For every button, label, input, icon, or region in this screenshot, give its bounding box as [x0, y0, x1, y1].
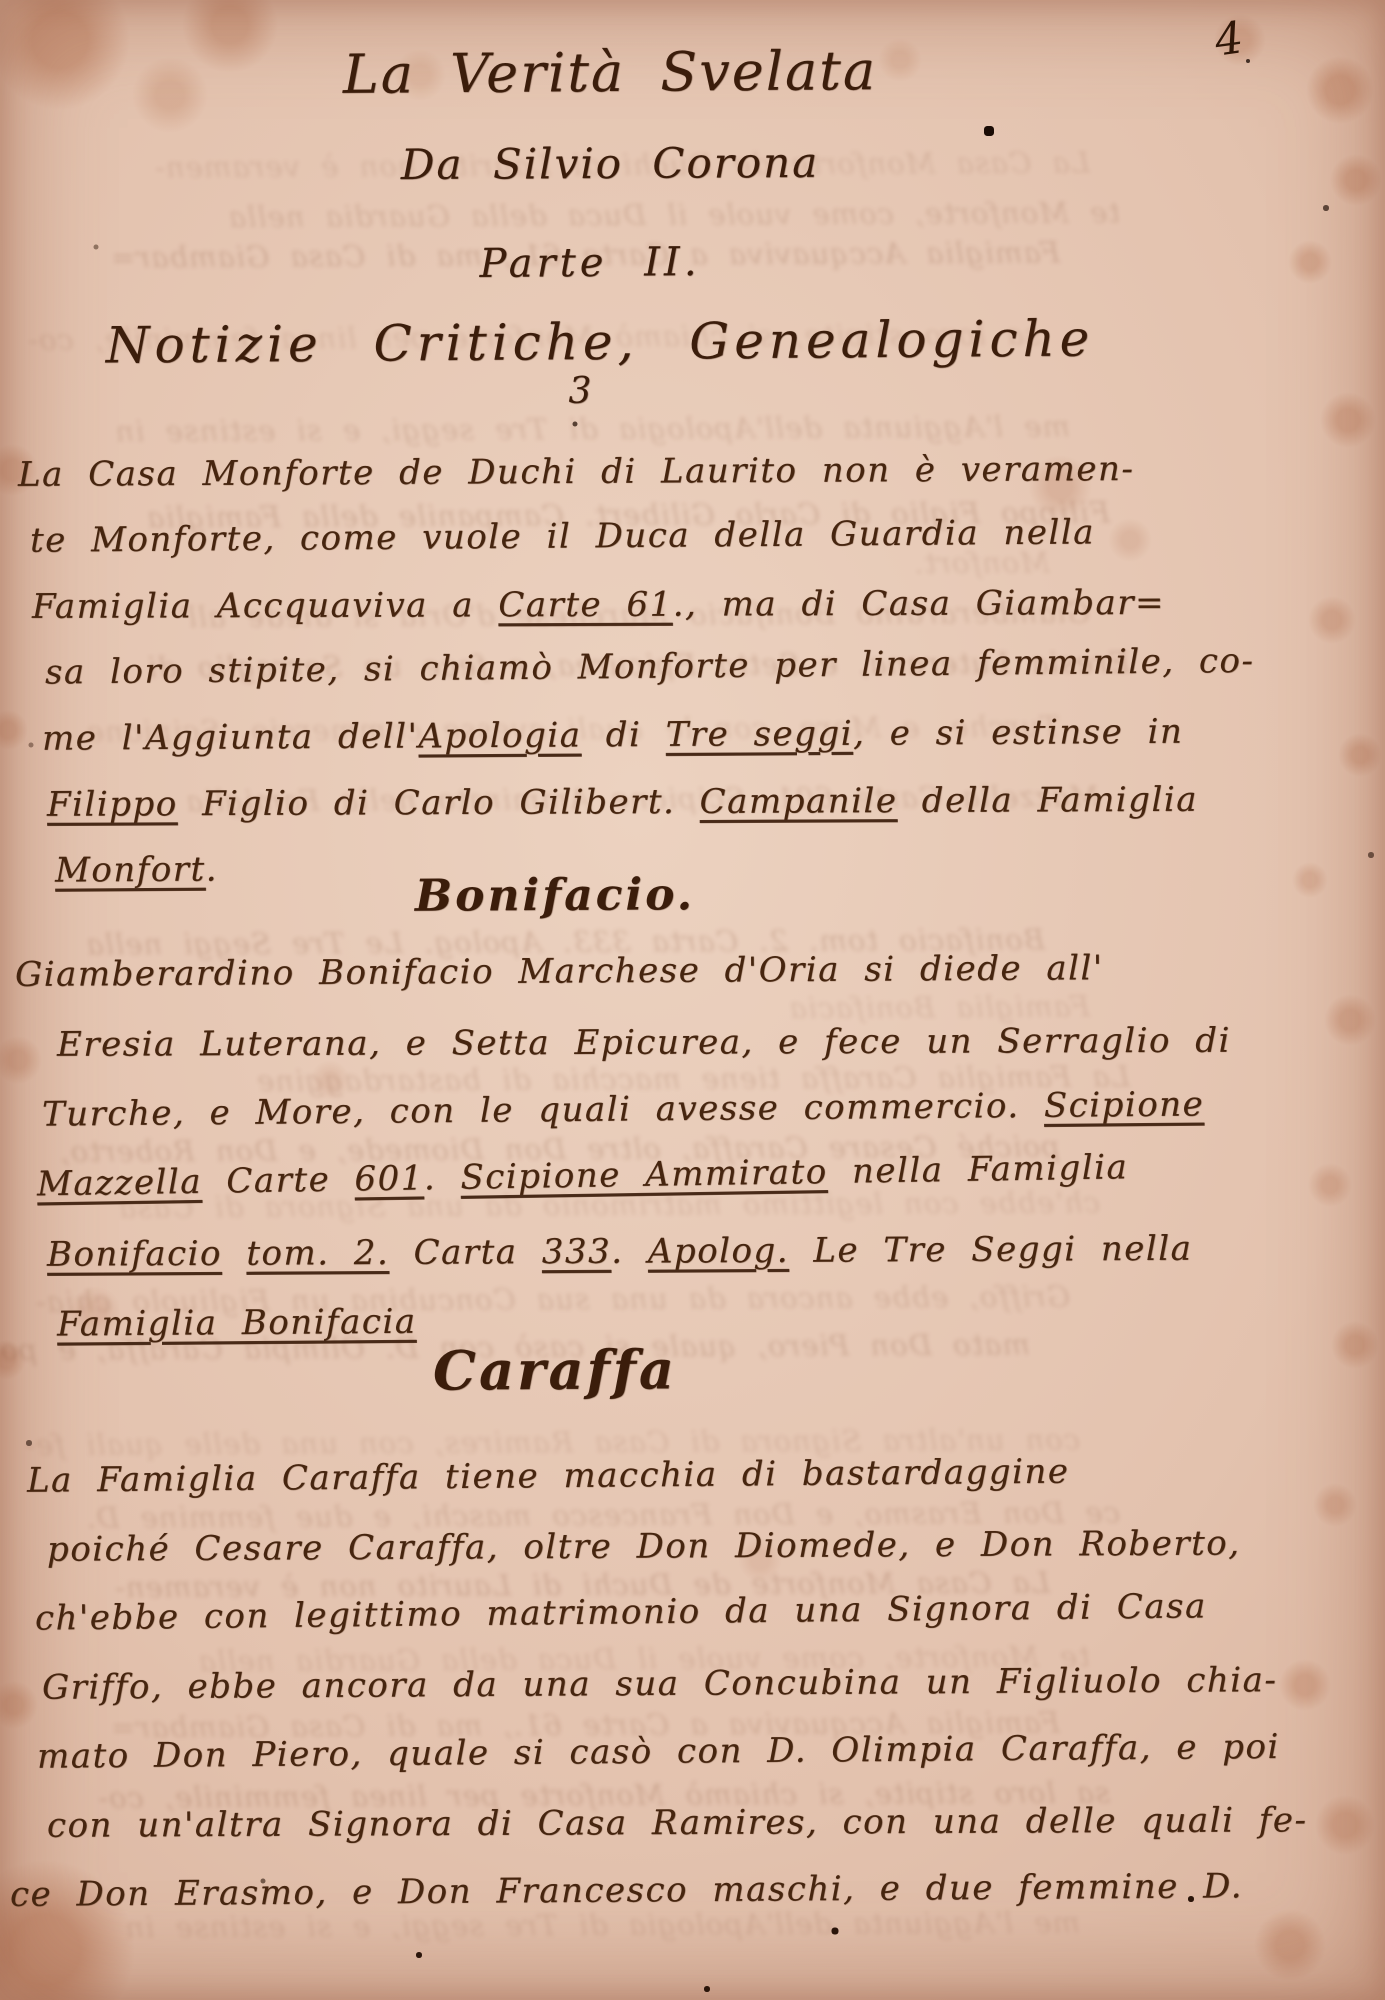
- text-segment: .: [611, 1232, 648, 1272]
- text-segment: ch'ebbe con legittimo matrimonio da una …: [35, 1586, 1207, 1638]
- text-line: ch'ebbe con legittimo matrimonio da una …: [0, 1573, 1140, 1654]
- text-segment: te Monforte, come vuole il Duca della Gu…: [30, 512, 1095, 560]
- text-line: Eresia Luterana, e Setta Epicurea, e fec…: [0, 1006, 1140, 1080]
- underlined-term: Famiglia Bonifacia: [57, 1302, 417, 1345]
- underlined-term: Scipione Ammirato: [460, 1152, 828, 1198]
- underlined-term: Mazzella: [37, 1162, 203, 1205]
- text-segment: Le Tre Seggi nella: [789, 1229, 1193, 1271]
- underlined-term: Filippo: [47, 784, 178, 825]
- text-segment: nella Famiglia: [827, 1147, 1128, 1192]
- section-caraffa: La Famiglia Caraffa tiene macchia di bas…: [0, 1447, 1140, 1930]
- section-bonifacio: Giamberardino Bonifacio Marchese d'Oria …: [0, 940, 1140, 1360]
- underlined-term: tom. 2.: [246, 1233, 389, 1274]
- text-segment: [222, 1234, 247, 1274]
- text-segment: .: [424, 1158, 461, 1199]
- text-line: poiché Cesare Caraffa, oltre Don Diomede…: [0, 1510, 1140, 1585]
- text-segment: ce Don Erasmo, e Don Francesco maschi, e…: [10, 1866, 1243, 1915]
- text-segment: sa loro stipite, si chiamò Monforte per …: [45, 641, 1255, 693]
- section-number: 3: [30, 372, 1130, 412]
- underlined-term: Bonifacio: [47, 1234, 222, 1275]
- underlined-term: Carte 61: [498, 585, 673, 626]
- text-segment: Giamberardino Bonifacio Marchese d'Oria …: [15, 948, 1104, 995]
- text-segment: poiché Cesare Caraffa, oltre Don Diomede…: [47, 1524, 1241, 1570]
- text-line: Giamberardino Bonifacio Marchese d'Oria …: [0, 933, 1140, 1010]
- text-line: La Casa Monforte de Duchi di Laurito non…: [0, 436, 1140, 508]
- text-segment: Eresia Luterana, e Setta Epicurea, e fec…: [57, 1021, 1231, 1065]
- text-segment: La Casa Monforte de Duchi di Laurito non…: [18, 449, 1135, 495]
- underlined-term: Apolog.: [648, 1231, 789, 1272]
- title-block: La Verità Svelata Da Silvio Corona Parte…: [25, 38, 1125, 412]
- heading-bonifacio: Bonifacio.: [0, 865, 1125, 927]
- text-segment: della Famiglia: [897, 780, 1198, 821]
- underlined-term: Campanile: [700, 781, 898, 822]
- text-segment: Turche, e More, con le quali avesse comm…: [42, 1086, 1044, 1135]
- text-segment: La Famiglia Caraffa tiene macchia di bas…: [27, 1452, 1070, 1501]
- author-line: Da Silvio Corona: [60, 131, 1160, 197]
- text-line: Bonifacio tom. 2. Carta 333. Apolog. Le …: [0, 1214, 1140, 1290]
- text-segment: di: [581, 715, 666, 756]
- text-segment: con un'altra Signora di Casa Ramires, co…: [47, 1800, 1308, 1845]
- text-line: Famiglia Accquaviva a Carte 61., ma di C…: [0, 570, 1140, 640]
- text-segment: Famiglia Accquaviva a: [32, 585, 498, 627]
- text-line: me l'Aggiunta dell'Apologia di Tre seggi…: [0, 699, 1140, 772]
- work-title: La Verità Svelata: [60, 34, 1160, 112]
- text-segment: , e si estinse in: [853, 712, 1184, 754]
- underlined-term: Scipione: [1044, 1084, 1205, 1125]
- text-segment: ., ma di Casa Giambar=: [673, 583, 1165, 625]
- underlined-term: 333: [542, 1232, 612, 1272]
- subtitle: Notizie Critiche, Genealogiche: [50, 302, 1150, 382]
- text-line: con un'altra Signora di Casa Ramires, co…: [0, 1787, 1140, 1861]
- text-line: mato Don Piero, quale si casò con D. Oli…: [0, 1714, 1140, 1792]
- text-line: te Monforte, come vuole il Duca della Gu…: [0, 499, 1140, 574]
- text-segment: me l'Aggiunta dell': [42, 716, 419, 758]
- underlined-term: 601: [354, 1158, 424, 1199]
- manuscript-text: La Casa Monforte de Duchi di Laurito non…: [0, 442, 1140, 1930]
- underlined-term: Tre seggi: [666, 714, 854, 755]
- text-line: ce Don Erasmo, e Don Francesco maschi, e…: [0, 1853, 1140, 1930]
- part-label: Parte II.: [40, 233, 1140, 293]
- underlined-term: Apologia: [418, 715, 581, 756]
- text-segment: mato Don Piero, quale si casò con D. Oli…: [37, 1727, 1280, 1777]
- text-segment: Figlio di Carlo Gilibert.: [178, 782, 700, 824]
- text-line: Griffo, ebbe ancora da una sua Concubina…: [0, 1647, 1140, 1723]
- manuscript-page: { "page_number": "4", "ink_color": "#462…: [0, 0, 1385, 2000]
- section-monforte: La Casa Monforte de Duchi di Laurito non…: [0, 442, 1140, 904]
- heading-caraffa: Caraffa: [0, 1337, 1125, 1403]
- text-segment: Griffo, ebbe ancora da una sua Concubina…: [42, 1660, 1278, 1708]
- text-line: La Famiglia Caraffa tiene macchia di bas…: [0, 1437, 1140, 1516]
- text-line: sa loro stipite, si chiamò Monforte per …: [0, 629, 1140, 706]
- text-segment: Carta: [389, 1232, 542, 1273]
- text-segment: Carte: [202, 1159, 355, 1201]
- text-line: Filippo Figlio di Carlo Gilibert. Campan…: [0, 767, 1140, 838]
